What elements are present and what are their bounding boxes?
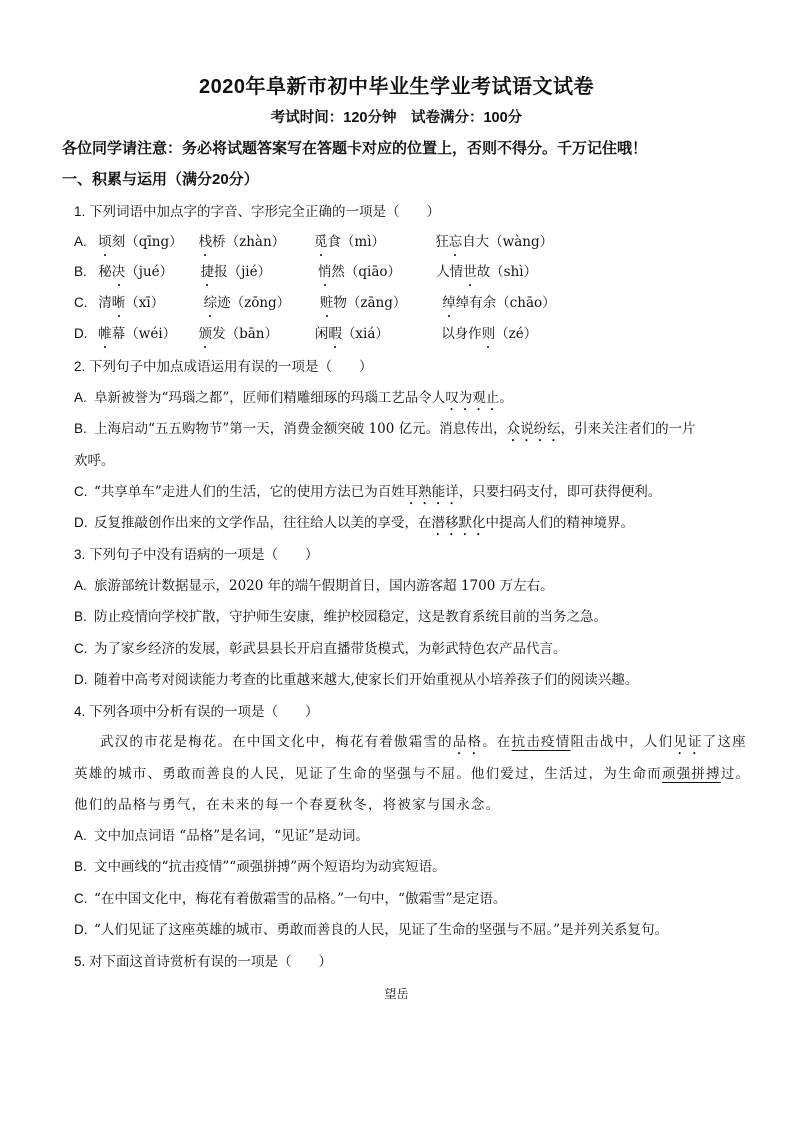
- dotted-idiom: 众说纷纭: [507, 421, 561, 437]
- exam-page: 2020年阜新市初中毕业生学业考试语文试卷 考试时间：120分钟 试卷满分：10…: [0, 0, 793, 1122]
- q4-option-c: C.“在中国文化中，梅花有着傲霜雪的品格。”一句中，“傲霜雪”是定语。: [74, 889, 506, 909]
- dotted-word: 见证: [673, 734, 702, 750]
- option-label: A.: [74, 232, 94, 252]
- word-item: 觅食（mì）: [314, 232, 431, 252]
- word-item: 悄然（qiāo）: [318, 262, 432, 282]
- q1-option-c: C. 清晰（xī） 综迹（zōng） 赃物（zāng） 绰绰有余（chāo）: [74, 293, 556, 313]
- q4-passage-line-3: 他们的品格与勇气，在未来的每一个春夏秋冬，将被家与国永念。: [74, 795, 500, 815]
- option-label: C.: [74, 293, 94, 313]
- word-item: 栈桥（zhàn）: [199, 232, 310, 252]
- q4-option-a: A.文中加点词语 “品格”是名词，“见证”是动词。: [74, 826, 369, 846]
- q1-option-b: B. 秘决（jué） 捷报（jié） 悄然（qiāo） 人情世故（shì）: [74, 262, 537, 282]
- q1-option-d: D. 帷幕（wéi） 颁发（bān） 闲暇（xiá） 以身作则（zé）: [74, 324, 537, 344]
- word-item: 帷幕（wéi）: [98, 324, 194, 344]
- q2-option-b-continued: 欢呼。: [74, 451, 115, 471]
- q2-option-c: C.“共享单车”走进人们的生活，它的使用方法已为百姓耳熟能详，只要扫码支付，即可…: [74, 482, 661, 508]
- option-label: D.: [74, 513, 94, 533]
- q1-stem: 1. 下列词语中加点字的字音、字形完全正确的一项是（ ）: [74, 202, 440, 222]
- option-label: B.: [74, 419, 94, 439]
- word-item: 清晰（xī）: [98, 293, 199, 313]
- q2-option-b: B.上海启动“五五购物节”第一天，消费金额突破 100 亿元。消息传出，众说纷纭…: [74, 419, 696, 445]
- word-item: 颁发（bān）: [199, 324, 311, 344]
- word-item: 赃物（zāng）: [320, 293, 438, 313]
- option-label: B.: [74, 262, 94, 282]
- word-item: 综迹（zōng）: [204, 293, 316, 313]
- word-item: 捷报（jié）: [201, 262, 314, 282]
- q4-stem: 4. 下列各项中分析有误的一项是（ ）: [74, 702, 319, 722]
- option-label: C.: [74, 482, 94, 502]
- exam-subtitle: 考试时间：120分钟 试卷满分：100分: [0, 106, 793, 127]
- q3-option-b: B.防止疫情向学校扩散，守护师生安康，维护校园稳定，这是教育系统目前的当务之急。: [74, 607, 607, 627]
- word-item: 秘决（jué）: [98, 262, 196, 282]
- q4-passage-line-1: 武汉的市花是梅花。在中国文化中，梅花有着傲霜雪的品格。在抗击疫情阻击战中，人们见…: [100, 732, 747, 758]
- word-item: 闲暇（xiá）: [315, 324, 437, 344]
- word-item: 人情世故（shì）: [436, 262, 537, 282]
- underlined-phrase: 抗击疫情: [512, 734, 571, 750]
- word-item: 顷刻（qīng）: [98, 232, 194, 252]
- word-item: 狂忘自大（wàng）: [435, 232, 553, 252]
- word-item: 绰绰有余（chāo）: [442, 293, 555, 313]
- q3-stem: 3. 下列句子中没有语病的一项是（ ）: [74, 545, 319, 565]
- q4-option-d: D.“人们见证了这座英雄的城市、勇敢而善良的人民，见证了生命的坚强与不屈。”是并…: [74, 920, 668, 940]
- q4-option-b: B.文中画线的“抗击疫情”“顽强拼搏”两个短语均为动宾短语。: [74, 857, 446, 877]
- dotted-idiom: 潜移默化: [432, 515, 486, 531]
- option-label: D.: [74, 324, 94, 344]
- dotted-word: 品格: [453, 734, 482, 750]
- q3-option-d: D.随着中高考对阅读能力考查的比重越来越大,使家长们开始重视从小培养孩子们的阅读…: [74, 670, 638, 690]
- exam-notice: 各位同学请注意：务必将试题答案写在答题卡对应的位置上，否则不得分。千万记住哦！: [62, 139, 647, 159]
- q3-option-a: A.旅游部统计数据显示，2020 年的端午假期首日，国内游客超 1700 万左右…: [74, 576, 554, 596]
- underlined-phrase: 顽强拼搏: [662, 766, 721, 782]
- section-heading: 一、积累与运用（满分20分）: [62, 170, 259, 190]
- exam-title: 2020年阜新市初中毕业生学业考试语文试卷: [0, 70, 793, 99]
- dotted-idiom: 叹为观止: [445, 390, 499, 406]
- q5-stem: 5. 对下面这首诗赏析有误的一项是（ ）: [74, 952, 332, 972]
- poem-title: 望岳: [0, 985, 793, 1002]
- option-label: A.: [74, 388, 94, 408]
- q2-stem: 2. 下列句子中加点成语运用有误的一项是（ ）: [74, 357, 373, 377]
- q2-option-a: A.阜新被誉为“玛瑙之都”，匠师们精雕细琢的玛瑙工艺品令人叹为观止。: [74, 388, 513, 414]
- q3-option-c: C.为了家乡经济的发展，彰武县县长开启直播带货模式，为彰武特色农产品代言。: [74, 639, 567, 659]
- q4-passage-line-2: 英雄的城市、勇敢而善良的人民，见证了生命的坚强与不屈。他们爱过，生活过，为生命而…: [74, 764, 750, 784]
- dotted-idiom: 耳熟能详: [405, 484, 459, 500]
- q2-option-d: D.反复推敲创作出来的文学作品，往往给人以美的享受，在潜移默化中提高人们的精神境…: [74, 513, 634, 539]
- q1-option-a: A. 顷刻（qīng） 栈桥（zhàn） 觅食（mì） 狂忘自大（wàng）: [74, 232, 553, 252]
- word-item: 以身作则（zé）: [441, 324, 537, 344]
